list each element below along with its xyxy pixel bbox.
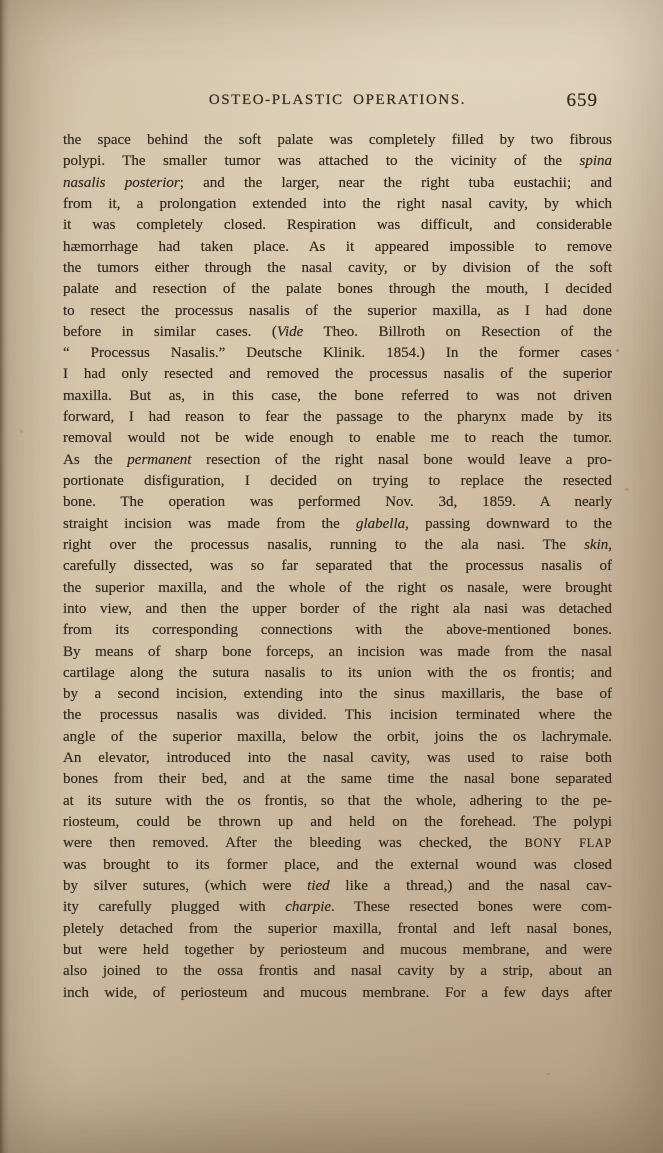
text-segment: were then removed. After the bleeding wa… — [63, 835, 525, 851]
text-segment: the processus nasalis was divided. This … — [63, 707, 612, 723]
scanned-book-page: OSTEO-PLASTIC OPERATIONS. 659 the space … — [0, 0, 663, 1153]
text-segment: resection of the right nasal bone would … — [191, 452, 612, 468]
text-segment: palate and resection of the palate bones… — [63, 281, 612, 297]
text-segment: to resect the processus nasalis of the s… — [63, 303, 612, 319]
text-segment: polypi. The smaller tumor was attached t… — [63, 153, 579, 169]
text-segment: from its corresponding connections with … — [63, 622, 612, 638]
text-line: the superior maxilla, and the whole of t… — [63, 578, 612, 599]
text-line: palate and resection of the palate bones… — [63, 279, 612, 300]
italic-text: glabella — [356, 516, 405, 532]
text-line: I had only resected and removed the proc… — [63, 364, 612, 385]
text-line: polypi. The smaller tumor was attached t… — [63, 151, 612, 172]
text-segment: bone. The operation was performed Nov. 3… — [63, 494, 612, 510]
text-segment: also joined to the ossa frontis and nasa… — [63, 963, 612, 979]
text-segment: by a second incision, extending into the… — [63, 686, 612, 702]
text-segment: inch wide, of periosteum and mucous memb… — [63, 985, 612, 1001]
text-segment: “ Processus Nasalis.” Deutsche Klinik. 1… — [63, 345, 612, 361]
text-line: maxilla. But as, in this case, the bone … — [63, 386, 612, 407]
text-line: inch wide, of periosteum and mucous memb… — [63, 983, 612, 1004]
text-segment: forward, I had reason to fear the passag… — [63, 409, 612, 425]
text-segment: was brought to its former place, and the… — [63, 857, 612, 873]
text-segment: maxilla. But as, in this case, the bone … — [63, 388, 612, 404]
text-segment: removal would not be wide enough to enab… — [63, 430, 612, 446]
text-segment: like a thread,) and the nasal cav- — [330, 878, 612, 894]
text-line: from its corresponding connections with … — [63, 620, 612, 641]
text-line: ity carefully plugged with charpie. Thes… — [63, 897, 612, 918]
text-line: before in similar cases. (Vide Theo. Bil… — [63, 322, 612, 343]
text-segment: right over the processus nasalis, runnin… — [63, 537, 584, 553]
text-line: was brought to its former place, and the… — [63, 855, 612, 876]
text-segment: As the — [63, 452, 127, 468]
text-line: An elevator, introduced into the nasal c… — [63, 748, 612, 769]
text-line: portionate disfiguration, I decided on t… — [63, 471, 612, 492]
text-segment: portionate disfiguration, I decided on t… — [63, 473, 612, 489]
text-line: right over the processus nasalis, runnin… — [63, 535, 612, 556]
text-line: straight incision was made from the glab… — [63, 514, 612, 535]
italic-text: spina — [579, 153, 612, 169]
text-segment: before in similar cases. ( — [63, 324, 277, 340]
text-line: carefully dissected, was so far separate… — [63, 556, 612, 577]
italic-text: tied — [307, 878, 330, 894]
italic-text: charpie — [285, 899, 331, 915]
text-line: hæmorrhage had taken place. As it appear… — [63, 237, 612, 258]
page-number: 659 — [567, 90, 599, 112]
text-segment: ; and the larger, near the right tuba eu… — [180, 175, 612, 191]
text-line: the processus nasalis was divided. This … — [63, 705, 612, 726]
text-segment: . These resected bones were com- — [331, 899, 612, 915]
text-segment: ity carefully plugged with — [63, 899, 285, 915]
body-text: the space behind the soft palate was com… — [63, 130, 612, 1004]
text-segment: by silver sutures, (which were — [63, 878, 307, 894]
text-line: By means of sharp bone forceps, an incis… — [63, 642, 612, 663]
text-line: to resect the processus nasalis of the s… — [63, 301, 612, 322]
text-segment: cartilage along the sutura nasalis to it… — [63, 665, 612, 681]
text-line: cartilage along the sutura nasalis to it… — [63, 663, 612, 684]
text-segment: riosteum, could be thrown up and held on… — [63, 814, 612, 830]
foxing-speck — [20, 430, 23, 433]
text-line: the space behind the soft palate was com… — [63, 130, 612, 151]
italic-text: skin — [584, 537, 608, 553]
text-segment: but were held together by periosteum and… — [63, 942, 612, 958]
text-line: bones from their bed, and at the same ti… — [63, 769, 612, 790]
text-line: at its suture with the os frontis, so th… — [63, 791, 612, 812]
text-line: pletely detached from the superior maxil… — [63, 919, 612, 940]
foxing-speck — [625, 488, 629, 491]
text-segment: it was completely closed. Respiration wa… — [63, 217, 612, 233]
text-line: also joined to the ossa frontis and nasa… — [63, 961, 612, 982]
text-line: by a second incision, extending into the… — [63, 684, 612, 705]
text-segment: into view, and then the upper border of … — [63, 601, 612, 617]
page-left-edge-shadow — [0, 0, 9, 1153]
text-line: nasalis posterior; and the larger, near … — [63, 173, 612, 194]
text-segment: I had only resected and removed the proc… — [63, 366, 612, 382]
text-segment: hæmorrhage had taken place. As it appear… — [63, 239, 612, 255]
text-line: were then removed. After the bleeding wa… — [63, 833, 612, 854]
text-segment: , — [608, 537, 612, 553]
text-line: removal would not be wide enough to enab… — [63, 428, 612, 449]
italic-text: permanent — [127, 452, 191, 468]
text-segment: from it, a prolongation extended into th… — [63, 196, 612, 212]
text-segment: An elevator, introduced into the nasal c… — [63, 750, 612, 766]
text-segment: By means of sharp bone forceps, an incis… — [63, 644, 612, 660]
italic-text: Vide — [277, 324, 303, 340]
text-segment: pletely detached from the superior maxil… — [63, 921, 612, 937]
text-line: As the permanent resection of the right … — [63, 450, 612, 471]
text-segment: the tumors either through the nasal cavi… — [63, 260, 612, 276]
text-line: riosteum, could be thrown up and held on… — [63, 812, 612, 833]
text-line: into view, and then the upper border of … — [63, 599, 612, 620]
text-segment: straight incision was made from the — [63, 516, 356, 532]
running-title: OSTEO-PLASTIC OPERATIONS. — [63, 92, 612, 109]
text-segment: at its suture with the os frontis, so th… — [63, 793, 612, 809]
text-line: angle of the superior maxilla, below the… — [63, 727, 612, 748]
text-segment: , passing downward to the — [405, 516, 612, 532]
foxing-speck — [616, 349, 619, 352]
text-line: bone. The operation was performed Nov. 3… — [63, 492, 612, 513]
text-line: forward, I had reason to fear the passag… — [63, 407, 612, 428]
text-segment: carefully dissected, was so far separate… — [63, 558, 612, 574]
text-segment: Theo. Billroth on Resection of the — [303, 324, 612, 340]
italic-text: nasalis posterior — [63, 175, 180, 191]
text-segment: the space behind the soft palate was com… — [63, 132, 612, 148]
foxing-speck — [547, 1073, 550, 1075]
text-line: it was completely closed. Respiration wa… — [63, 215, 612, 236]
smallcaps-text: BONY FLAP — [525, 836, 612, 850]
text-segment: bones from their bed, and at the same ti… — [63, 771, 612, 787]
text-segment: angle of the superior maxilla, below the… — [63, 729, 612, 745]
text-line: the tumors either through the nasal cavi… — [63, 258, 612, 279]
text-line: from it, a prolongation extended into th… — [63, 194, 612, 215]
page-header: OSTEO-PLASTIC OPERATIONS. 659 — [63, 92, 612, 114]
text-segment: the superior maxilla, and the whole of t… — [63, 580, 612, 596]
text-line: by silver sutures, (which were tied like… — [63, 876, 612, 897]
text-line: but were held together by periosteum and… — [63, 940, 612, 961]
text-line: “ Processus Nasalis.” Deutsche Klinik. 1… — [63, 343, 612, 364]
